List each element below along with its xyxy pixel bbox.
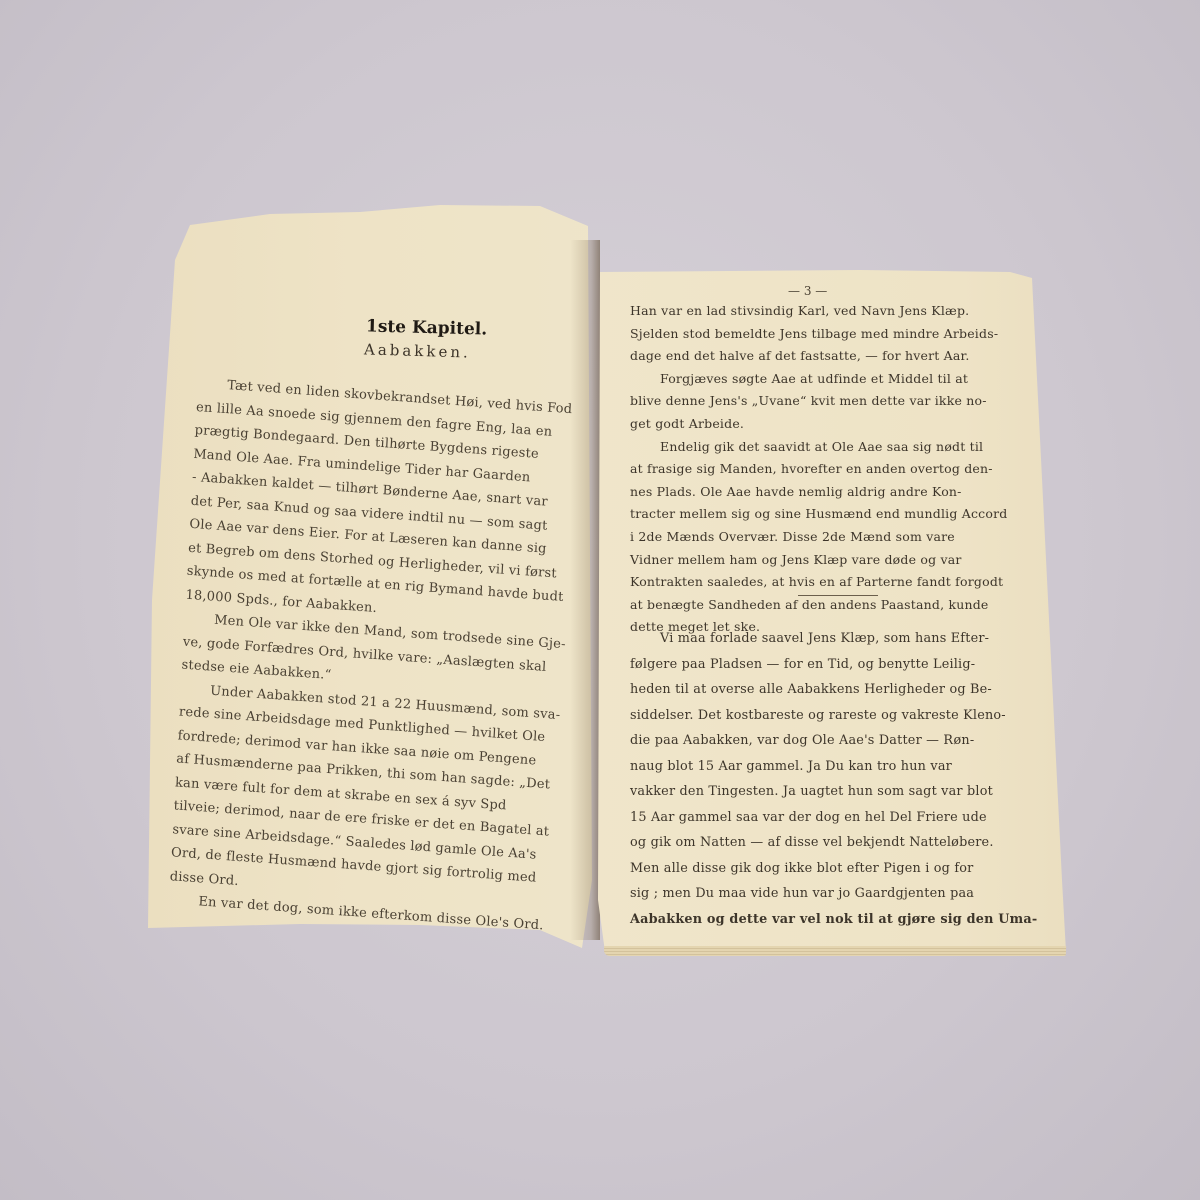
text-line: blive denne Jens's „Uvane“ kvit men dett…: [630, 390, 1008, 413]
text-line: at frasige sig Manden, hvorefter en ande…: [630, 458, 1008, 481]
text-line: Forgjæves søgte Aae at udfinde et Middel…: [630, 368, 1008, 391]
text-line: Endelig gik det saavidt at Ole Aae saa s…: [630, 436, 1008, 459]
text-line: og gik om Natten — af disse vel bekjendt…: [630, 830, 1037, 856]
text-line: at benægte Sandheden af den andens Paast…: [630, 594, 1008, 617]
text-line: sig ; men Du maa vide hun var jo Gaardgj…: [630, 881, 1037, 907]
text-line: Vidner mellem ham og Jens Klæp vare døde…: [630, 549, 1008, 572]
text-line: nes Plads. Ole Aae havde nemlig aldrig a…: [630, 481, 1008, 504]
right-page-block-2: Vi maa forlade saavel Jens Klæp, som han…: [630, 626, 1037, 932]
text-line: Kontrakten saaledes, at hvis en af Parte…: [630, 571, 1008, 594]
text-line: Aabakken og dette var vel nok til at gjø…: [630, 907, 1037, 933]
page-number: — 3 —: [788, 284, 827, 298]
page-stack-edges: [604, 946, 1066, 956]
text-line: get godt Arbeide.: [630, 413, 1008, 436]
section-divider: [798, 595, 878, 596]
text-line: 15 Aar gammel saa var der dog en hel Del…: [630, 805, 1037, 831]
text-line: Han var en lad stivsindig Karl, ved Navn…: [630, 300, 1008, 323]
text-line: die paa Aabakken, var dog Ole Aae's Datt…: [630, 728, 1037, 754]
text-line: i 2de Mænds Overvær. Disse 2de Mænd som …: [630, 526, 1008, 549]
text-line: Vi maa forlade saavel Jens Klæp, som han…: [630, 626, 1037, 652]
text-line: følgere paa Pladsen — for en Tid, og ben…: [630, 652, 1037, 678]
text-line: vakker den Tingesten. Ja uagtet hun som …: [630, 779, 1037, 805]
open-booklet: 1ste Kapitel. Aabakken. Tæt ved en liden…: [0, 0, 1200, 1200]
chapter-subtitle: Aabakken.: [364, 340, 471, 361]
left-page-body: Tæt ved en liden skovbekrandset Høi, ved…: [168, 372, 580, 938]
text-line: siddelser. Det kostbareste og rareste og…: [630, 703, 1037, 729]
text-line: Sjelden stod bemeldte Jens tilbage med m…: [630, 323, 1008, 346]
text-line: heden til at overse alle Aabakkens Herli…: [630, 677, 1037, 703]
text-line: tracter mellem sig og sine Husmænd end m…: [630, 503, 1008, 526]
text-line: naug blot 15 Aar gammel. Ja Du kan tro h…: [630, 754, 1037, 780]
text-line: dage end det halve af det fastsatte, — f…: [630, 345, 1008, 368]
text-line: Men alle disse gik dog ikke blot efter P…: [630, 856, 1037, 882]
right-page-block-1: Han var en lad stivsindig Karl, ved Navn…: [630, 300, 1008, 639]
chapter-title: 1ste Kapitel.: [366, 316, 488, 339]
